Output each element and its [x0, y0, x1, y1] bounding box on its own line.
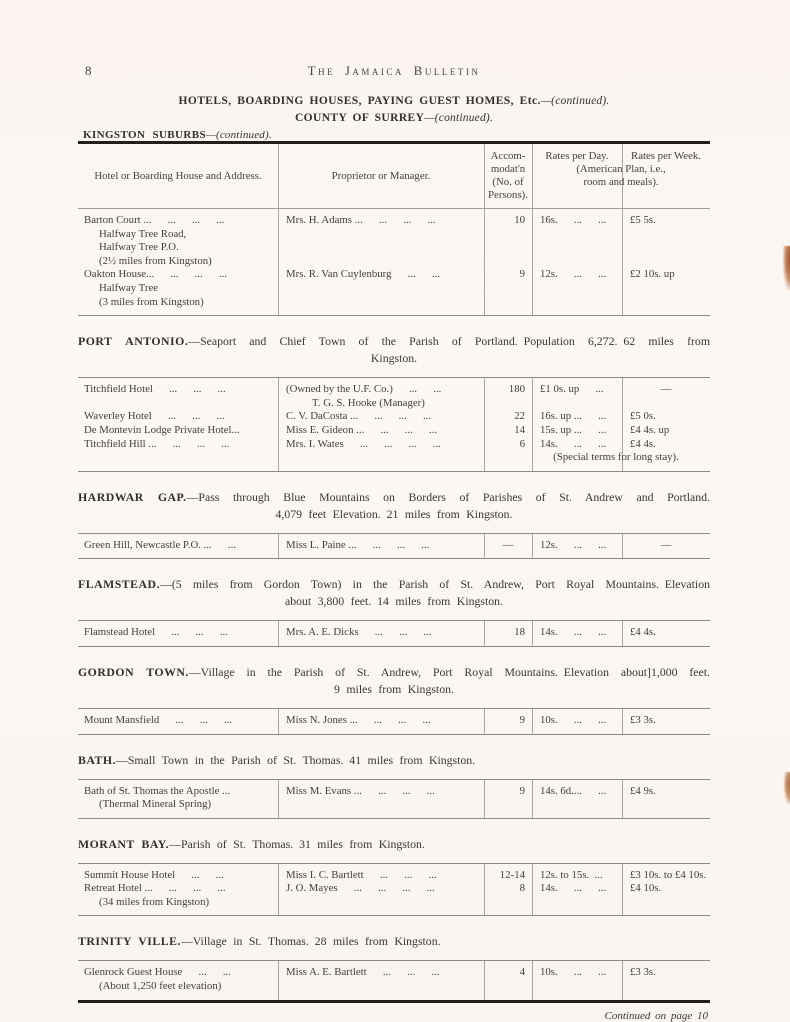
cell-hotel-name: Summit House Hotel ... ...	[78, 869, 278, 883]
cell-hotel-name: De Montevin Lodge Private Hotel...	[78, 424, 278, 438]
directory-section: Hotel or Boarding House and Address. Pro…	[78, 141, 710, 316]
journal-masthead: The Jamaica Bulletin	[78, 63, 710, 79]
table-row: Summit House Hotel ... ...Miss I. C. Bar…	[78, 869, 710, 883]
section-name: MORANT BAY.	[78, 837, 169, 851]
directory-section: TRINITY VILLE.—Village in St. Thomas. 28…	[78, 933, 710, 1002]
header-line: Accom-	[491, 150, 526, 163]
cell-proprietor: Mrs. H. Adams ... ... ... ...	[278, 214, 484, 268]
hotel-table: Green Hill, Newcastle P.O. ... ...Miss L…	[78, 533, 710, 560]
hotel-name-line: (3 miles from Kingston)	[84, 296, 275, 310]
cell-hotel-name: Mount Mansfield ... ... ...	[78, 714, 278, 728]
table-body: Mount Mansfield ... ... ...Miss N. Jones…	[78, 709, 710, 734]
section-heading: MORANT BAY.—Parish of St. Thomas. 31 mil…	[78, 836, 710, 853]
directory-section: MORANT BAY.—Parish of St. Thomas. 31 mil…	[78, 836, 710, 917]
hotel-name-line: Halfway Tree Road,	[84, 228, 275, 242]
hotel-name-line: (34 miles from Kingston)	[84, 896, 275, 910]
proprietor-line: Miss I. C. Bartlett ... ... ...	[286, 869, 481, 883]
cell-rate-per-day: 10s. ... ...	[532, 966, 622, 993]
proprietor-line: Miss E. Gideon ... ... ... ...	[286, 424, 481, 438]
proprietor-line: T. G. S. Hooke (Manager)	[286, 397, 481, 411]
section-description: —Village in St. Thomas. 28 miles from Ki…	[181, 934, 441, 948]
cell-rate-per-day: 14s. ... ...	[532, 882, 622, 909]
section-heading-line1: HARDWAR GAP.—Pass through Blue Mountains…	[78, 489, 710, 506]
proprietor-line: Mrs. H. Adams ... ... ... ...	[286, 214, 481, 228]
hotel-name-line: (About 1,250 feet elevation)	[84, 980, 275, 994]
proprietor-line: J. O. Mayes ... ... ... ...	[286, 882, 481, 896]
cell-proprietor: Mrs. I. Wates ... ... ... ...	[278, 438, 484, 452]
proprietor-line: Miss N. Jones ... ... ... ...	[286, 714, 481, 728]
cell-proprietor: Miss M. Evans ... ... ... ...	[278, 785, 484, 812]
column-header-rates: Rates per Day. Rates per Week. (American…	[532, 144, 710, 208]
section-name: GORDON TOWN.	[78, 665, 189, 679]
hotel-name-line: Flamstead Hotel ... ... ...	[84, 626, 275, 640]
cell-rate-per-day: 14s. ... ...	[532, 626, 622, 640]
cell-rate-per-week: £3 3s.	[622, 714, 710, 728]
section-heading: HARDWAR GAP.—Pass through Blue Mountains…	[78, 489, 710, 523]
cell-hotel-name: Retreat Hotel ... ... ... ...(34 miles f…	[78, 882, 278, 909]
section-description: —Pass through Blue Mountains on Borders …	[187, 490, 710, 504]
section-heading-line2: about 3,800 feet. 14 miles from Kingston…	[78, 593, 710, 610]
cell-rate-per-day: £1 0s. up ...	[532, 383, 622, 410]
table-body: Titchfield Hotel ... ... ...(Owned by th…	[78, 378, 710, 471]
cell-rate-per-day: 12s. ... ...	[532, 539, 622, 553]
directory-section: GORDON TOWN.—Village in the Parish of St…	[78, 664, 710, 735]
cell-proprietor: Miss N. Jones ... ... ... ...	[278, 714, 484, 728]
cell-rate-per-day: 16s. ... ...	[532, 214, 622, 268]
section-name: BATH.	[78, 753, 116, 767]
section-heading-line2: Kingston.	[78, 350, 710, 367]
section-heading-line2: 9 miles from Kingston.	[78, 681, 710, 698]
hotel-table: Hotel or Boarding House and Address. Pro…	[78, 141, 710, 316]
hotel-name-line: Glenrock Guest House ... ...	[84, 966, 275, 980]
proprietor-line: Miss L. Paine ... ... ... ...	[286, 539, 481, 553]
hotel-table: Flamstead Hotel ... ... ...Mrs. A. E. Di…	[78, 620, 710, 647]
header-line: (No. of	[492, 176, 523, 189]
scan-artifact	[783, 246, 790, 290]
hotel-name-line: Retreat Hotel ... ... ... ...	[84, 882, 275, 896]
table-row: Waverley Hotel ... ... ...C. V. DaCosta …	[78, 410, 710, 424]
table-body: Flamstead Hotel ... ... ...Mrs. A. E. Di…	[78, 621, 710, 646]
directory-section: PORT ANTONIO.—Seaport and Chief Town of …	[78, 333, 710, 472]
cell-accommodation: 10	[484, 214, 532, 268]
cell-rate-per-week: £4 4s.	[622, 626, 710, 640]
table-row: Flamstead Hotel ... ... ...Mrs. A. E. Di…	[78, 626, 710, 640]
cell-accommodation: 22	[484, 410, 532, 424]
cell-rate-per-week: £3 10s. to £4 10s.	[622, 869, 710, 883]
proprietor-line: Miss A. E. Bartlett ... ... ...	[286, 966, 481, 980]
cell-rate-per-day: 14s. ... ...	[532, 438, 622, 452]
table-header-row: Hotel or Boarding House and Address. Pro…	[78, 144, 710, 209]
cell-rate-per-week: £4 9s.	[622, 785, 710, 812]
proprietor-line: C. V. DaCosta ... ... ... ...	[286, 410, 481, 424]
cell-accommodation: 180	[484, 383, 532, 410]
cell-rate-per-week: £2 10s. up	[622, 268, 710, 309]
hotel-name-line: De Montevin Lodge Private Hotel...	[84, 424, 275, 438]
hotel-name-line: (2½ miles from Kingston)	[84, 255, 275, 269]
table-row: Bath of St. Thomas the Apostle ...(Therm…	[78, 785, 710, 812]
section-heading-line2: 4,079 feet Elevation. 21 miles from King…	[78, 506, 710, 523]
cell-rate-per-week: £3 3s.	[622, 966, 710, 993]
page-content: 8 The Jamaica Bulletin HOTELS, BOARDING …	[78, 0, 710, 1022]
proprietor-line: Mrs. I. Wates ... ... ... ...	[286, 438, 481, 452]
page-header: 8 The Jamaica Bulletin	[78, 63, 710, 81]
cell-rate-per-week: £4 10s.	[622, 882, 710, 909]
cell-accommodation: 9	[484, 714, 532, 728]
title-kingston-suburbs-continued: —(continued).	[206, 129, 272, 141]
column-header-proprietor: Proprietor or Manager.	[278, 144, 484, 208]
cell-proprietor: Mrs. R. Van Cuylenburg ... ...	[278, 268, 484, 309]
cell-rate-per-week: £4 4s.	[622, 438, 710, 452]
cell-accommodation: 6	[484, 438, 532, 452]
cell-rate-per-day: 12s. to 15s. ...	[532, 869, 622, 883]
title-hotels-line: HOTELS, BOARDING HOUSES, PAYING GUEST HO…	[78, 95, 710, 107]
cell-accommodation: —	[484, 539, 532, 553]
title-county-text: COUNTY OF SURREY	[295, 112, 424, 124]
continued-note: Continued on page 10	[78, 1010, 710, 1022]
cell-proprietor: J. O. Mayes ... ... ... ...	[278, 882, 484, 909]
cell-accommodation: 18	[484, 626, 532, 640]
hotel-table: Summit House Hotel ... ...Miss I. C. Bar…	[78, 863, 710, 917]
cell-accommodation: 9	[484, 785, 532, 812]
section-name: TRINITY VILLE.	[78, 934, 181, 948]
cell-rate-per-day: 14s. 6d.... ...	[532, 785, 622, 812]
cell-rate-per-day: 10s. ... ...	[532, 714, 622, 728]
column-header-hotel: Hotel or Boarding House and Address.	[78, 144, 278, 208]
table-row: Titchfield Hotel ... ... ...(Owned by th…	[78, 383, 710, 410]
section-name: PORT ANTONIO.	[78, 334, 188, 348]
cell-proprietor: Miss E. Gideon ... ... ... ...	[278, 424, 484, 438]
cell-rate-per-week: —	[622, 539, 710, 553]
cell-hotel-name: Titchfield Hotel ... ... ...	[78, 383, 278, 410]
cell-hotel-name: Flamstead Hotel ... ... ...	[78, 626, 278, 640]
table-row: De Montevin Lodge Private Hotel...Miss E…	[78, 424, 710, 438]
hotel-name-line: Barton Court ... ... ... ...	[84, 214, 275, 228]
directory-section: FLAMSTEAD.—(5 miles from Gordon Town) in…	[78, 576, 710, 647]
hotel-table: Titchfield Hotel ... ... ...(Owned by th…	[78, 377, 710, 472]
title-kingston-suburbs-text: KINGSTON SUBURBS	[83, 129, 206, 141]
cell-accommodation: 9	[484, 268, 532, 309]
cell-hotel-name: Green Hill, Newcastle P.O. ... ...	[78, 539, 278, 553]
hotel-name-line: Oakton House... ... ... ...	[84, 268, 275, 282]
table-row: Green Hill, Newcastle P.O. ... ...Miss L…	[78, 539, 710, 553]
cell-proprietor: Mrs. A. E. Dicks ... ... ...	[278, 626, 484, 640]
hotel-name-line: Mount Mansfield ... ... ...	[84, 714, 275, 728]
scanned-page: 8 The Jamaica Bulletin HOTELS, BOARDING …	[0, 0, 790, 1022]
cell-rate-per-week: £5 5s.	[622, 214, 710, 268]
proprietor-line: Mrs. A. E. Dicks ... ... ...	[286, 626, 481, 640]
hotel-name-line: Titchfield Hotel ... ... ...	[84, 383, 275, 397]
cell-accommodation: 4	[484, 966, 532, 993]
hotel-name-line: (Thermal Mineral Spring)	[84, 798, 275, 812]
table-row: Barton Court ... ... ... ...Halfway Tree…	[78, 214, 710, 268]
cell-proprietor: Miss I. C. Bartlett ... ... ...	[278, 869, 484, 883]
cell-rate-per-day: 16s. up ... ...	[532, 410, 622, 424]
section-name: FLAMSTEAD.	[78, 577, 160, 591]
table-footnote-row: (Special terms for long stay).	[78, 451, 710, 465]
section-description: —(5 miles from Gordon Town) in the Paris…	[160, 577, 710, 591]
proprietor-line: Miss M. Evans ... ... ... ...	[286, 785, 481, 799]
cell-hotel-name: Oakton House... ... ... ...Halfway Tree(…	[78, 268, 278, 309]
section-heading-line1: TRINITY VILLE.—Village in St. Thomas. 28…	[78, 933, 710, 950]
scan-artifact	[784, 772, 790, 804]
hotel-name-line: Halfway Tree	[84, 282, 275, 296]
section-description: —Seaport and Chief Town of the Parish of…	[188, 334, 710, 348]
cell-proprietor: C. V. DaCosta ... ... ... ...	[278, 410, 484, 424]
table-row: Retreat Hotel ... ... ... ...(34 miles f…	[78, 882, 710, 909]
cell-rate-per-day: 15s. up ... ...	[532, 424, 622, 438]
table-row: Mount Mansfield ... ... ...Miss N. Jones…	[78, 714, 710, 728]
cell-rate-per-week: £5 0s.	[622, 410, 710, 424]
cell-hotel-name: Titchfield Hill ... ... ... ...	[78, 438, 278, 452]
american-plan-note-line2: room and meals).	[532, 176, 710, 189]
column-header-rates-day: Rates per Day.	[532, 150, 622, 163]
cell-hotel-name: Waverley Hotel ... ... ...	[78, 410, 278, 424]
cell-hotel-name: Glenrock Guest House ... ...(About 1,250…	[78, 966, 278, 993]
sections: Hotel or Boarding House and Address. Pro…	[78, 141, 710, 1003]
header-line: Persons).	[488, 189, 528, 202]
hotel-name-line: Titchfield Hill ... ... ... ...	[84, 438, 275, 452]
proprietor-line: Mrs. R. Van Cuylenburg ... ...	[286, 268, 481, 282]
section-name: HARDWAR GAP.	[78, 490, 187, 504]
header-line: modat'n	[491, 163, 525, 176]
table-row: Titchfield Hill ... ... ... ...Mrs. I. W…	[78, 438, 710, 452]
cell-hotel-name: Bath of St. Thomas the Apostle ...(Therm…	[78, 785, 278, 812]
column-header-accommodation: Accom-modat'n(No. ofPersons).	[484, 144, 532, 208]
table-body: Bath of St. Thomas the Apostle ...(Therm…	[78, 780, 710, 818]
section-titles: HOTELS, BOARDING HOUSES, PAYING GUEST HO…	[78, 95, 710, 141]
section-heading-line1: GORDON TOWN.—Village in the Parish of St…	[78, 664, 710, 681]
title-county-line: COUNTY OF SURREY—(continued).	[78, 112, 710, 124]
table-row: Glenrock Guest House ... ...(About 1,250…	[78, 966, 710, 993]
cell-rate-per-day: 12s. ... ...	[532, 268, 622, 309]
table-body: Barton Court ... ... ... ...Halfway Tree…	[78, 209, 710, 315]
cell-proprietor: Miss L. Paine ... ... ... ...	[278, 539, 484, 553]
title-hotels-continued: —(continued).	[541, 95, 610, 107]
directory-section: HARDWAR GAP.—Pass through Blue Mountains…	[78, 489, 710, 560]
hotel-table: Mount Mansfield ... ... ...Miss N. Jones…	[78, 708, 710, 735]
cell-rate-per-week: —	[622, 383, 710, 410]
title-kingston-suburbs-line: KINGSTON SUBURBS—(continued).	[83, 129, 710, 141]
cell-hotel-name: Barton Court ... ... ... ...Halfway Tree…	[78, 214, 278, 268]
section-heading: PORT ANTONIO.—Seaport and Chief Town of …	[78, 333, 710, 367]
section-heading: FLAMSTEAD.—(5 miles from Gordon Town) in…	[78, 576, 710, 610]
cell-proprietor: Miss A. E. Bartlett ... ... ...	[278, 966, 484, 993]
title-hotels-text: HOTELS, BOARDING HOUSES, PAYING GUEST HO…	[179, 95, 541, 107]
hotel-name-line: Waverley Hotel ... ... ...	[84, 410, 275, 424]
cell-accommodation: 12-14	[484, 869, 532, 883]
cell-accommodation: 8	[484, 882, 532, 909]
special-terms-note: (Special terms for long stay).	[522, 451, 710, 465]
section-heading-line1: BATH.—Small Town in the Parish of St. Th…	[78, 752, 710, 769]
hotel-table: Glenrock Guest House ... ...(About 1,250…	[78, 960, 710, 1002]
table-row: Oakton House... ... ... ...Halfway Tree(…	[78, 268, 710, 309]
cell-rate-per-week: £4 4s. up	[622, 424, 710, 438]
section-heading-line1: FLAMSTEAD.—(5 miles from Gordon Town) in…	[78, 576, 710, 593]
hotel-table: Bath of St. Thomas the Apostle ...(Therm…	[78, 779, 710, 819]
section-heading: TRINITY VILLE.—Village in St. Thomas. 28…	[78, 933, 710, 950]
section-heading-line1: MORANT BAY.—Parish of St. Thomas. 31 mil…	[78, 836, 710, 853]
section-heading-line1: PORT ANTONIO.—Seaport and Chief Town of …	[78, 333, 710, 350]
table-body: Summit House Hotel ... ...Miss I. C. Bar…	[78, 864, 710, 916]
directory-section: BATH.—Small Town in the Parish of St. Th…	[78, 752, 710, 819]
hotel-name-line: Bath of St. Thomas the Apostle ...	[84, 785, 275, 799]
table-body: Glenrock Guest House ... ...(About 1,250…	[78, 961, 710, 999]
section-description: —Small Town in the Parish of St. Thomas.…	[116, 753, 475, 767]
hotel-name-line: Summit House Hotel ... ...	[84, 869, 275, 883]
table-body: Green Hill, Newcastle P.O. ... ...Miss L…	[78, 534, 710, 559]
american-plan-note-line1: (American Plan, i.e.,	[532, 163, 710, 176]
rates-labels: Rates per Day. Rates per Week.	[532, 150, 710, 163]
hotel-name-line: Halfway Tree P.O.	[84, 241, 275, 255]
cell-accommodation: 14	[484, 424, 532, 438]
cell-proprietor: (Owned by the U.F. Co.) ... ...T. G. S. …	[278, 383, 484, 410]
title-county-continued: —(continued).	[424, 112, 493, 124]
section-heading: BATH.—Small Town in the Parish of St. Th…	[78, 752, 710, 769]
hotel-name-line: Green Hill, Newcastle P.O. ... ...	[84, 539, 275, 553]
proprietor-line: (Owned by the U.F. Co.) ... ...	[286, 383, 481, 397]
column-header-rates-week: Rates per Week.	[622, 150, 710, 163]
section-description: —Parish of St. Thomas. 31 miles from Kin…	[169, 837, 425, 851]
section-description: —Village in the Parish of St. Andrew, Po…	[189, 665, 710, 679]
section-heading: GORDON TOWN.—Village in the Parish of St…	[78, 664, 710, 698]
